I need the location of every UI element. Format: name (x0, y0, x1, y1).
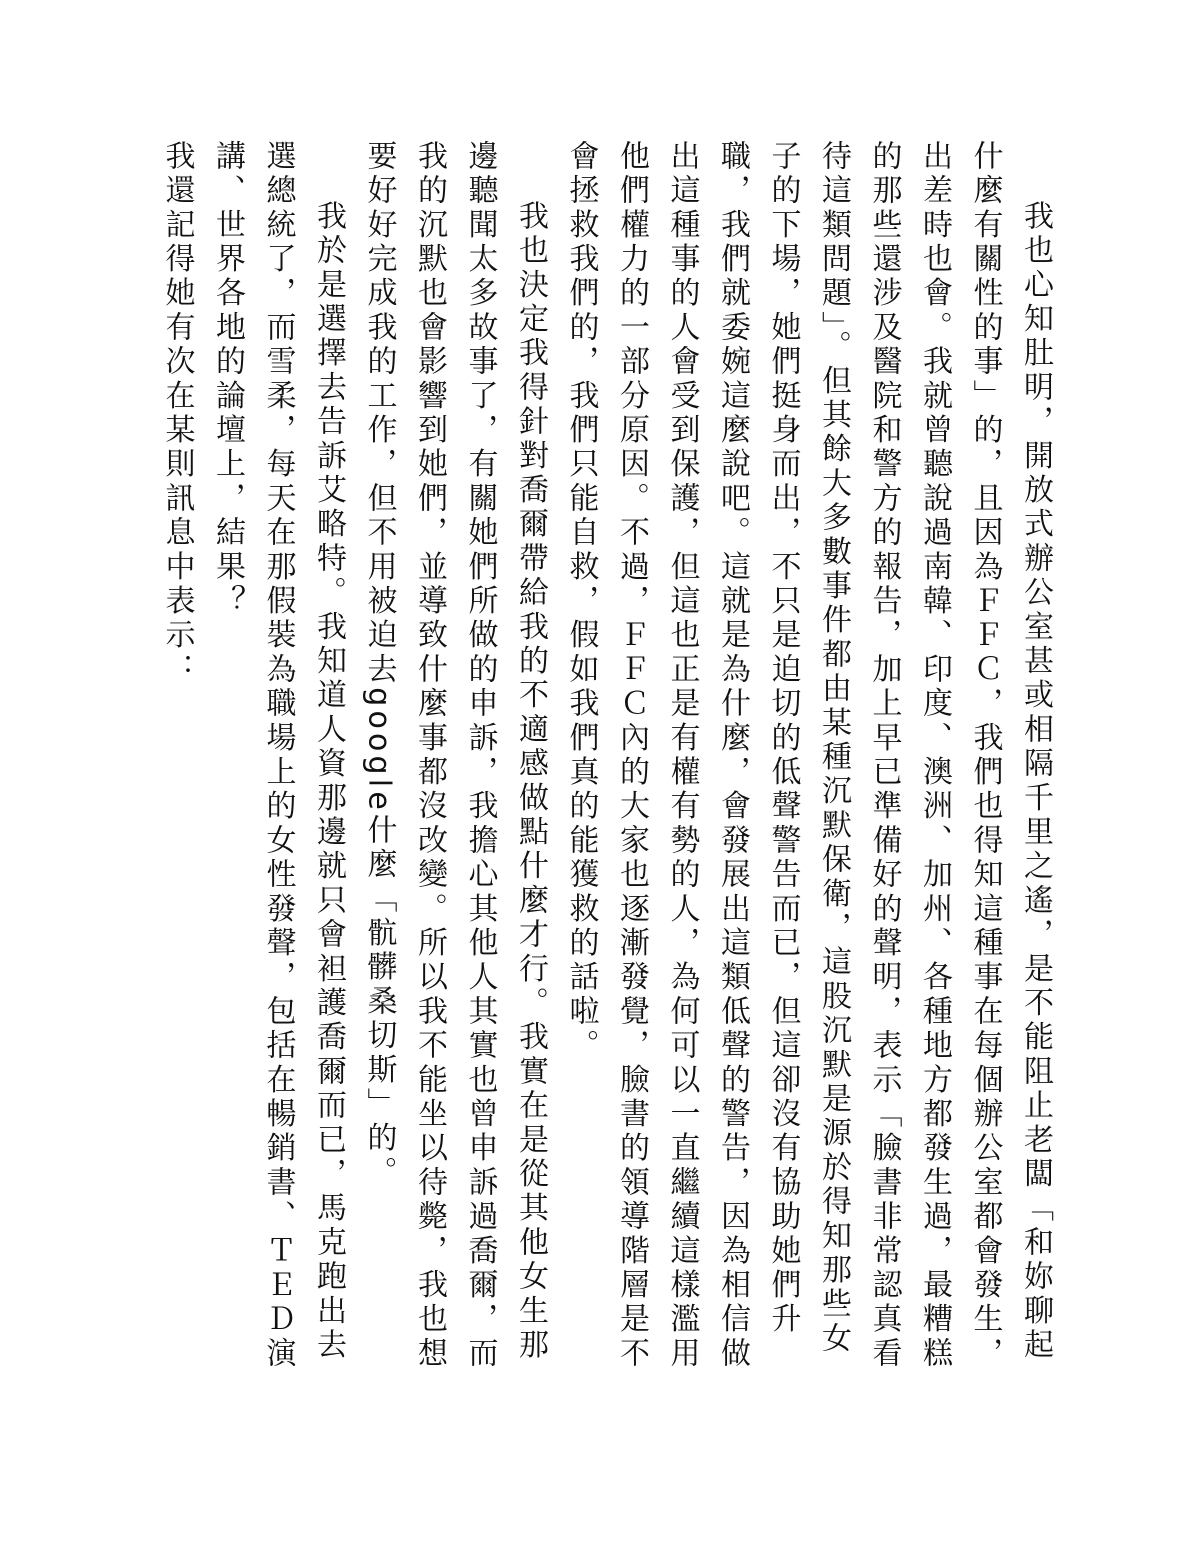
paragraph-3: 我於是選擇去告訴艾略特。我知道人資那邊就只會袒護喬爾而已，馬克跑出去選總統了，而… (202, 140, 354, 1390)
paragraph-1: 我也心知肚明，開放式辦公室甚或相隔千里之遙，是不能阻止老闆「和妳聊起什麼有關性的… (555, 140, 1060, 1390)
document-page: 我也心知肚明，開放式辦公室甚或相隔千里之遙，是不能阻止老闆「和妳聊起什麼有關性的… (0, 0, 1200, 1553)
paragraph-4: 我還記得她有次在某則訊息中表示： (151, 140, 202, 1390)
vertical-text-body: 我也心知肚明，開放式辦公室甚或相隔千里之遙，是不能阻止老闆「和妳聊起什麼有關性的… (151, 140, 1060, 1390)
paragraph-2: 我也決定我得針對喬爾帶給我的不適感做點什麼才行。我實在是從其他女生那邊聽聞太多故… (353, 140, 555, 1390)
